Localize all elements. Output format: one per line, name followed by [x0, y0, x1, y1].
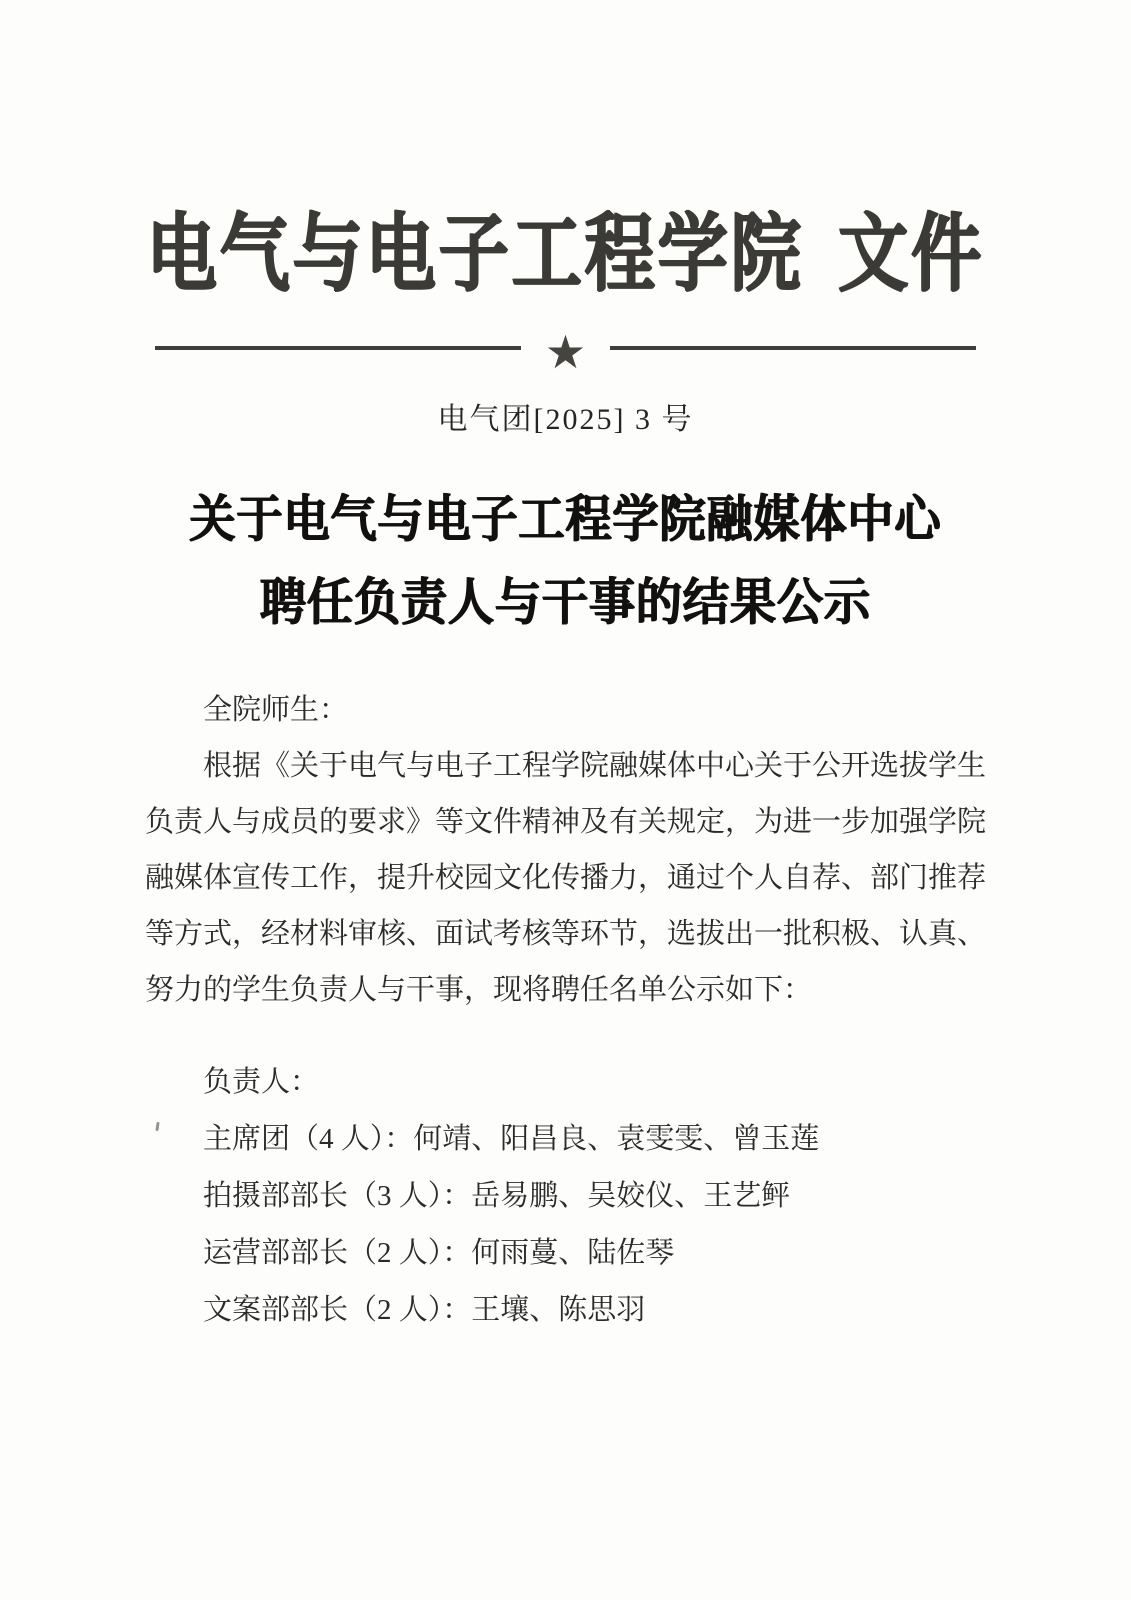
salutation: 全院师生： — [145, 682, 986, 738]
appointment-item: 拍摄部部长（3 人）：岳易鹏、吴姣仪、王艺鲆 — [145, 1168, 986, 1225]
appointment-item: 文案部部长（2 人）：王壤、陈思羽 — [145, 1282, 986, 1339]
appointment-names: 何雨蔓、陆佐琴 — [471, 1237, 674, 1269]
appointments-section-label: 负责人： — [145, 1054, 986, 1111]
document-number: 电气团[2025] 3 号 — [0, 402, 1131, 438]
appointment-names: 何靖、阳昌良、袁雯雯、曾玉莲 — [413, 1123, 819, 1155]
header-divider: ★ — [0, 324, 1131, 372]
appointment-role: 运营部部长（2 人）： — [203, 1237, 471, 1269]
appointment-item: 主席团（4 人）：何靖、阳昌良、袁雯雯、曾玉莲 — [145, 1111, 986, 1168]
divider-line-right — [610, 346, 976, 350]
document-page: 电气与电子工程学院 文件 ★ 电气团[2025] 3 号 关于电气与电子工程学院… — [0, 0, 1131, 1600]
appointment-names: 王壤、陈思羽 — [471, 1294, 645, 1326]
document-title: 关于电气与电子工程学院融媒体中心 聘任负责人与干事的结果公示 — [0, 478, 1131, 644]
masthead-title: 电气与电子工程学院 文件 — [0, 200, 1131, 312]
star-icon: ★ — [545, 328, 586, 376]
appointment-role: 文案部部长（2 人）： — [203, 1294, 471, 1326]
document-body: 全院师生： 根据《关于电气与电子工程学院融媒体中心关于公开选拔学生负责人与成员的… — [145, 682, 986, 1339]
appointment-role: 拍摄部部长（3 人）： — [203, 1180, 471, 1212]
body-paragraph: 根据《关于电气与电子工程学院融媒体中心关于公开选拔学生负责人与成员的要求》等文件… — [145, 738, 986, 1018]
document-title-line2: 聘任负责人与干事的结果公示 — [0, 557, 1131, 648]
appointments-list: 负责人： 主席团（4 人）：何靖、阳昌良、袁雯雯、曾玉莲 拍摄部部长（3 人）：… — [145, 1054, 986, 1339]
appointment-item: 运营部部长（2 人）：何雨蔓、陆佐琴 — [145, 1225, 986, 1282]
appointment-names: 岳易鹏、吴姣仪、王艺鲆 — [471, 1180, 790, 1212]
divider-line-left — [155, 346, 521, 350]
document-title-line1: 关于电气与电子工程学院融媒体中心 — [0, 474, 1131, 565]
appointment-role: 主席团（4 人）： — [203, 1123, 413, 1155]
